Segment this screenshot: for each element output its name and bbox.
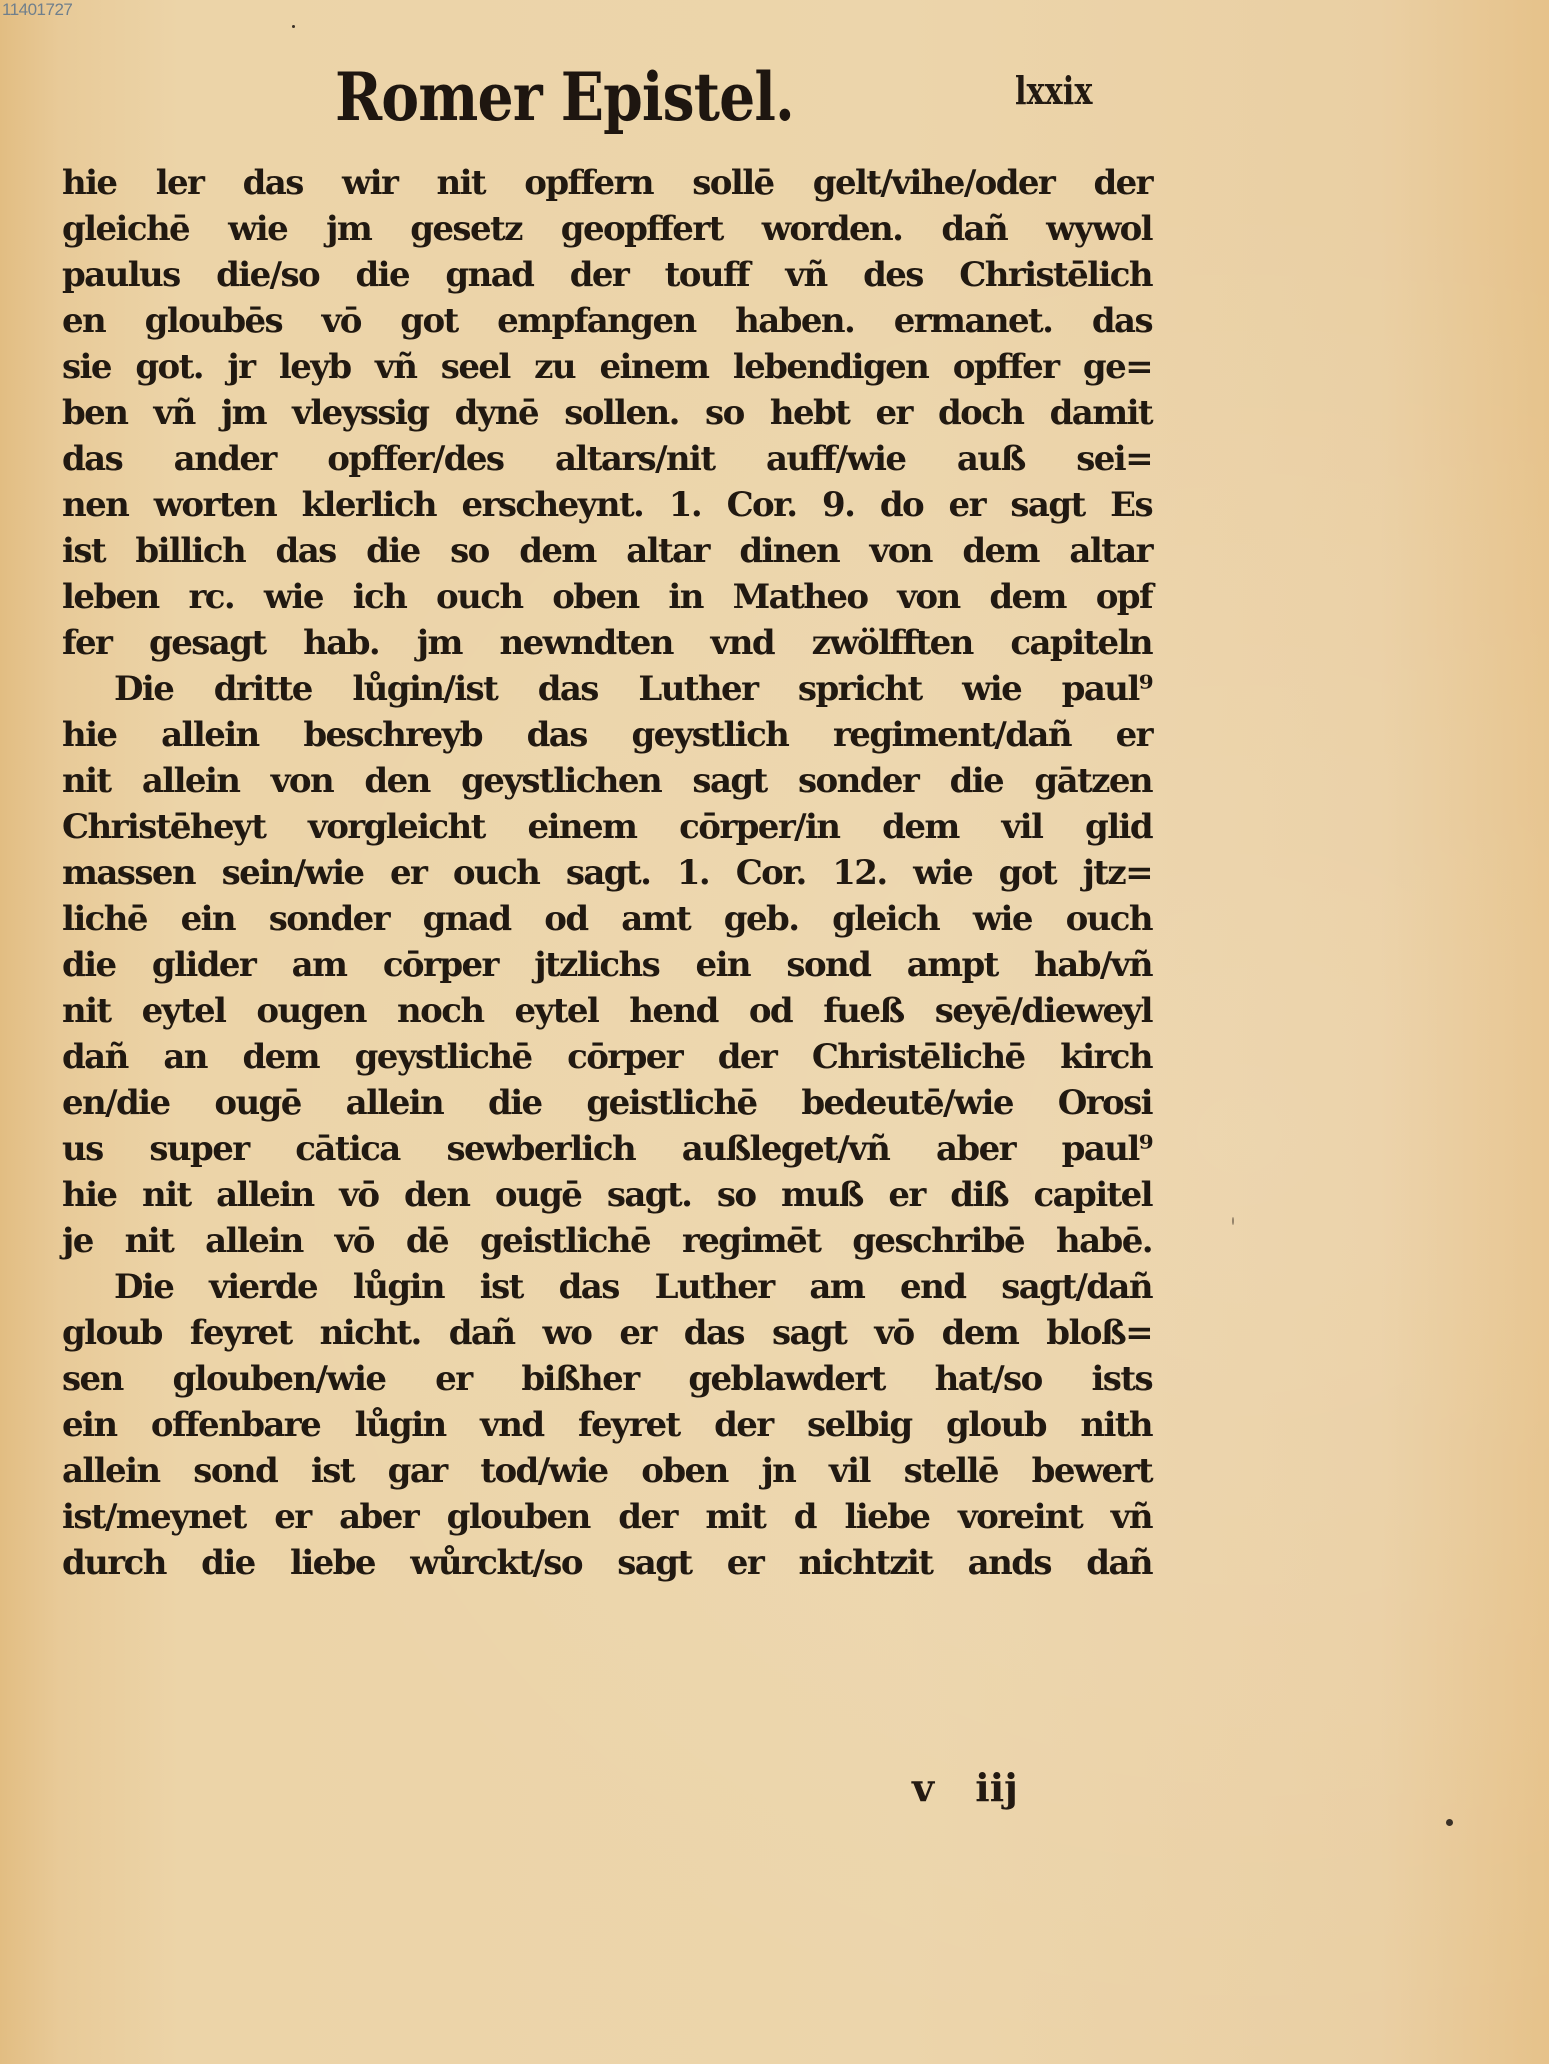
- text-line: fer gesagt hab. jm newndten vnd zwölffte…: [62, 620, 1152, 666]
- text-line: ist/meynet er aber glouben der mit d lie…: [62, 1494, 1152, 1540]
- text-line: paulus die/so die gnad der touff vñ des …: [62, 252, 1152, 298]
- text-line: nit allein von den geystlichen sagt sond…: [62, 758, 1152, 804]
- text-line: nen worten klerlich erscheynt. 1. Cor. 9…: [62, 482, 1152, 528]
- text-line: sie got. jr leyb vñ seel zu einem lebend…: [62, 344, 1152, 390]
- text-line: en/die ougē allein die geistlichē bedeut…: [62, 1080, 1152, 1126]
- signature-mark: v iij: [912, 1765, 1018, 1810]
- text-line: das ander opffer/des altars/nit auff/wie…: [62, 436, 1152, 482]
- running-title: Romer Epistel.: [335, 58, 794, 136]
- text-line: durch die liebe wůrckt/so sagt er nichtz…: [62, 1540, 1152, 1586]
- ink-speck: [1446, 1819, 1453, 1826]
- body-text: hie ler das wir nit opffern sollē gelt/v…: [62, 160, 1152, 1586]
- text-line: allein sond ist gar tod/wie oben jn vil …: [62, 1448, 1152, 1494]
- text-line: die glider am cōrper jtzlichs ein sond a…: [62, 942, 1152, 988]
- text-line: Die vierde lůgin ist das Luther am end s…: [62, 1264, 1152, 1310]
- text-line: dañ an dem geystlichē cōrper der Christē…: [62, 1034, 1152, 1080]
- text-line: hie nit allein vō den ougē sagt. so muß …: [62, 1172, 1152, 1218]
- text-line: sen glouben/wie er bißher geblawdert hat…: [62, 1356, 1152, 1402]
- text-line: en gloubēs vō got empfangen haben. erman…: [62, 298, 1152, 344]
- text-line: ben vñ jm vleyssig dynē sollen. so hebt …: [62, 390, 1152, 436]
- text-line: hie allein beschreyb das geystlich regim…: [62, 712, 1152, 758]
- text-line: je nit allein vō dē geistlichē regimēt g…: [62, 1218, 1152, 1264]
- text-line: ist billich das die so dem altar dinen v…: [62, 528, 1152, 574]
- text-line: gloub feyret nicht. dañ wo er das sagt v…: [62, 1310, 1152, 1356]
- text-line: nit eytel ougen noch eytel hend od fueß …: [62, 988, 1152, 1034]
- book-page: 11401727 Romer Epistel. lxxix hie ler da…: [0, 0, 1549, 2064]
- running-head: Romer Epistel. lxxix: [335, 58, 1155, 148]
- ink-speck: [1232, 1217, 1234, 1225]
- text-line: Christēheyt vorgleicht einem cōrper/in d…: [62, 804, 1152, 850]
- text-line: hie ler das wir nit opffern sollē gelt/v…: [62, 160, 1152, 206]
- text-line: massen sein/wie er ouch sagt. 1. Cor. 12…: [62, 850, 1152, 896]
- ink-speck: [292, 25, 295, 28]
- text-line: lichē ein sonder gnad od amt geb. gleich…: [62, 896, 1152, 942]
- text-line: leben rc. wie ich ouch oben in Matheo vo…: [62, 574, 1152, 620]
- text-line: Die dritte lůgin/ist das Luther spricht …: [62, 666, 1152, 712]
- text-line: us super cātica sewberlich außleget/vñ a…: [62, 1126, 1152, 1172]
- text-line: ein offenbare lůgin vnd feyret der selbi…: [62, 1402, 1152, 1448]
- text-line: gleichē wie jm gesetz geopffert worden. …: [62, 206, 1152, 252]
- folio-number: lxxix: [1015, 68, 1092, 113]
- library-stamp: 11401727: [2, 0, 72, 20]
